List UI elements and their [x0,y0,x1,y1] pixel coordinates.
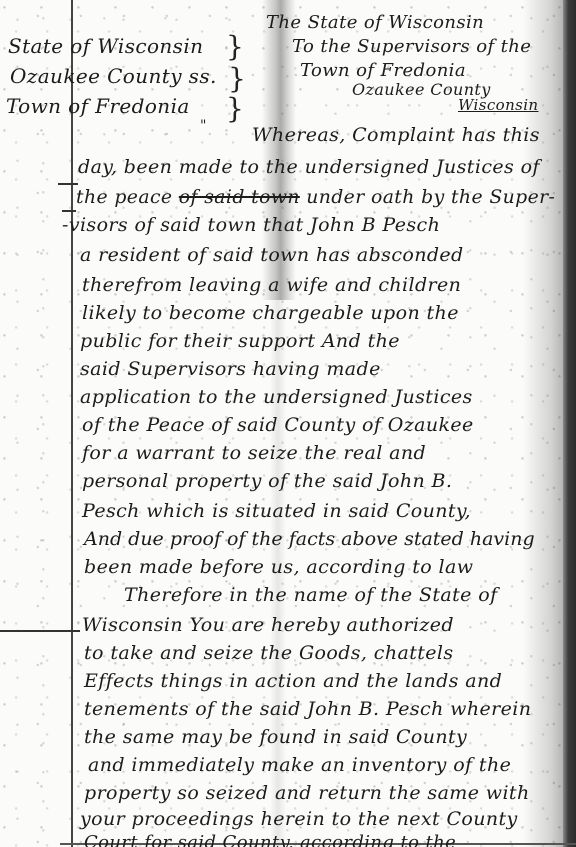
body-line-3: the peace of said town under oath by the… [76,186,555,208]
brace-icon: } [228,62,246,95]
body-line-14: Pesch which is situated in said County, [82,500,471,522]
body-line-10: application to the undersigned Justices [80,386,473,408]
body-text: the peace [76,186,172,208]
body-line-18: Wisconsin You are hereby authorized [82,614,454,636]
struck-text: of said town [179,186,300,208]
scanned-document-page: State of Wisconsin Ozaukee County ss. To… [0,0,576,847]
body-line-11: of the Peace of said County of Ozaukee [82,414,474,436]
body-line-26: Court for said County, according to the [84,832,456,847]
caption-right-town: Town of Fredonia [300,60,466,81]
caption-right-state: The State of Wisconsin [266,12,484,33]
body-line-15: And due proof of the facts above stated … [84,528,535,550]
caption-right-addressee: To the Supervisors of the [292,36,531,57]
body-line-1: Whereas, Complaint has this [252,124,540,146]
body-line-5: a resident of said town has absconded [80,244,464,266]
body-line-6: therefrom leaving a wife and children [82,274,461,296]
body-line-8: public for their support And the [80,330,400,352]
body-line-13: personal property of the said John B. [82,470,452,492]
body-line-20: Effects things in action and the lands a… [84,670,502,692]
body-text: under oath by the Super- [306,186,555,208]
body-line-22: the same may be found in said County [84,726,467,748]
caption-left-state: State of Wisconsin [8,34,203,58]
body-line-24: property so seized and return the same w… [84,782,530,804]
body-line-12: for a warrant to seize the real and [82,442,426,464]
body-line-25: your proceedings herein to the next Coun… [80,808,518,830]
body-line-4: -visors of said town that John B Pesch [62,214,440,236]
caption-left-county: Ozaukee County ss. [10,64,217,88]
brace-icon: } [226,92,244,125]
body-line-16: been made before us, according to law [84,556,473,578]
body-line-21: tenements of the said John B. Pesch wher… [84,698,531,720]
body-line-23: and immediately make an inventory of the [88,754,511,776]
handwritten-text: State of Wisconsin Ozaukee County ss. To… [0,0,576,847]
caption-left-town: Town of Fredonia [6,94,190,118]
body-line-17: Therefore in the name of the State of [124,584,498,606]
ditto-mark: " [200,118,206,134]
body-line-2: day, been made to the undersigned Justic… [78,156,540,178]
caption-right-wisconsin: Wisconsin [458,96,539,114]
brace-icon: } [226,30,244,63]
body-line-9: said Supervisors having made [80,358,381,380]
body-line-7: likely to become chargeable upon the [82,302,459,324]
body-line-19: to take and seize the Goods, chattels [84,642,454,664]
